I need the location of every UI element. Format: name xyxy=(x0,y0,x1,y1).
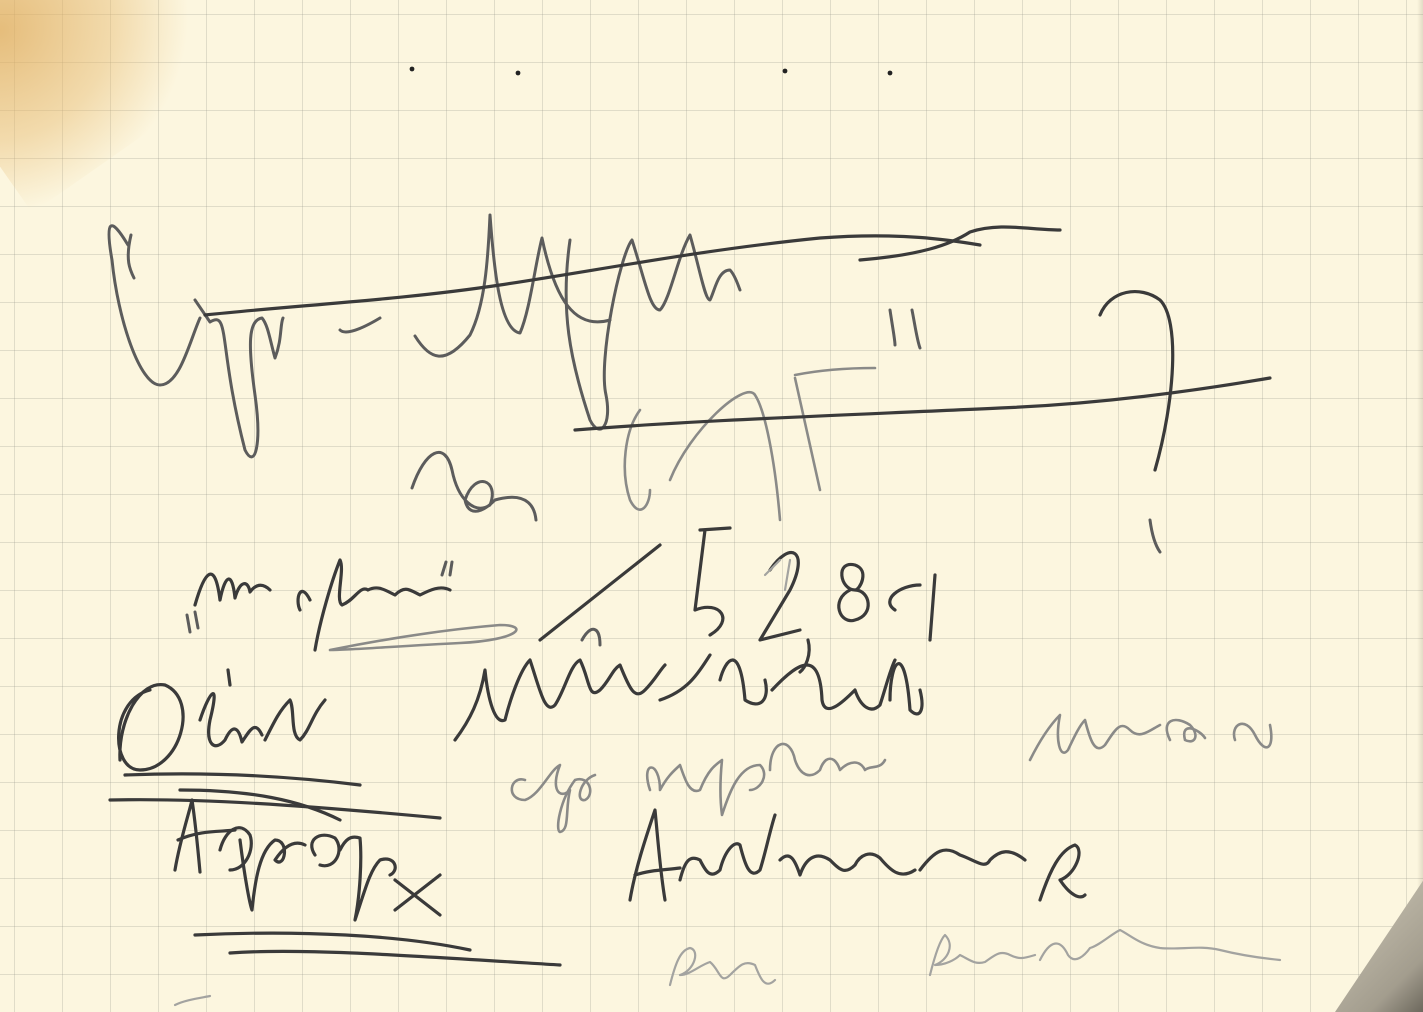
line-8-strokes xyxy=(670,930,1280,985)
line-3-strokes xyxy=(412,452,536,520)
stray-marks xyxy=(175,996,210,1005)
top-dots xyxy=(410,67,893,76)
handwriting-layer xyxy=(0,0,1423,1012)
line-4-strokes xyxy=(187,528,935,672)
line-2-strokes xyxy=(575,292,1270,552)
line-6-strokes xyxy=(512,715,1272,832)
